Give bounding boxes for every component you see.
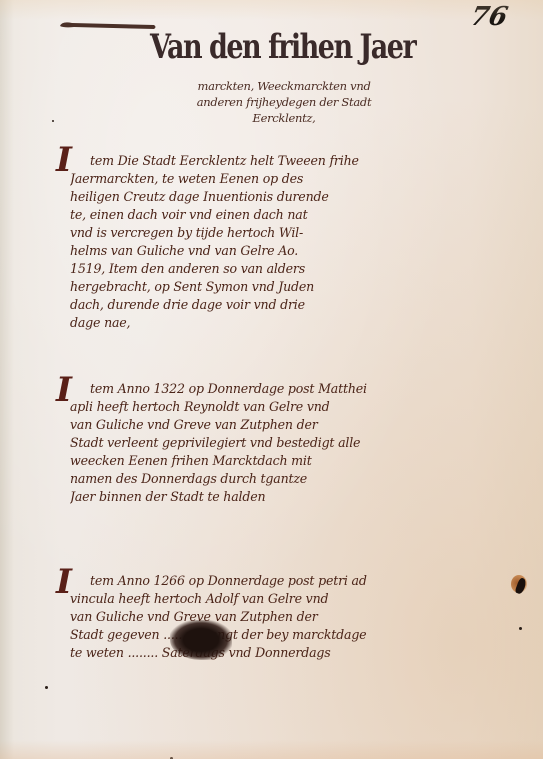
text-line: vnd is vercregen by tijde hertoch Wil- <box>70 224 475 242</box>
text-line: vincula heeft hertoch Adolf van Gelre vn… <box>70 590 475 608</box>
paragraph-1: tem Die Stadt Eercklentz helt Tweeen fri… <box>70 152 475 332</box>
text-line: Jaer binnen der Stadt te halden <box>70 488 475 506</box>
text-line: hergebracht, op Sent Symon vnd Juden <box>70 278 475 296</box>
speck <box>45 686 48 689</box>
text-line: Stadt verleent geprivilegiert vnd bested… <box>70 434 475 452</box>
paragraph-2: tem Anno 1322 op Donnerdage post Matthei… <box>70 380 475 506</box>
text-line: 1519, Item den anderen so van alders <box>70 260 475 278</box>
text-line: Stadt gegeven ..... verlengt der bey mar… <box>70 626 475 644</box>
text-line: te, einen dach voir vnd einen dach nat <box>70 206 475 224</box>
text-line: tem Die Stadt Eercklentz helt Tweeen fri… <box>70 152 475 170</box>
text-line: apli heeft hertoch Reynoldt van Gelre vn… <box>70 398 475 416</box>
subtitle-line: anderen frijheydegen der Stadt <box>154 94 414 110</box>
manuscript-page: 76 Van den frihen Jaer marckten, Weeckma… <box>0 0 543 759</box>
page-subtitle: marckten, Weeckmarckten vnd anderen frij… <box>154 78 414 126</box>
text-line: van Guliche vnd Greve van Zutphen der <box>70 416 475 434</box>
title-flourish-icon <box>58 20 158 34</box>
subtitle-line: marckten, Weeckmarckten vnd <box>154 78 414 94</box>
text-line: dage nae, <box>70 314 475 332</box>
text-line: tem Anno 1322 op Donnerdage post Matthei <box>70 380 475 398</box>
text-line: tem Anno 1266 op Donnerdage post petri a… <box>70 572 475 590</box>
text-line: helms van Guliche vnd van Gelre Ao. <box>70 242 475 260</box>
speck <box>52 120 54 122</box>
text-line: weecken Eenen frihen Marcktdach mit <box>70 452 475 470</box>
paragraph-3: tem Anno 1266 op Donnerdage post petri a… <box>70 572 475 662</box>
text-line: Jaermarckten, te weten Eenen op des <box>70 170 475 188</box>
text-line: te weten ........ Saterdags vnd Donnerda… <box>70 644 475 662</box>
text-line: heiligen Creutz dage Inuentionis durende <box>70 188 475 206</box>
text-line: dach, durende drie dage voir vnd drie <box>70 296 475 314</box>
speck <box>519 627 522 630</box>
subtitle-line: Eercklentz, <box>154 110 414 126</box>
text-line: namen des Donnerdags durch tgantze <box>70 470 475 488</box>
folio-number: 76 <box>468 2 511 32</box>
text-line: van Guliche vnd Greve van Zutphen der <box>70 608 475 626</box>
ink-blot <box>170 620 232 660</box>
page-heading: Van den frihen Jaer <box>150 28 415 67</box>
